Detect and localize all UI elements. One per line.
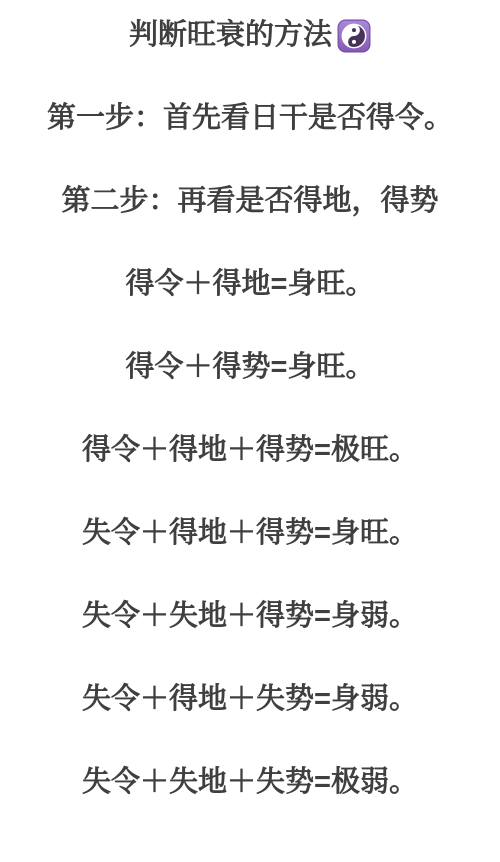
- document-page: 判断旺衰的方法 第一步：首先: [0, 0, 500, 862]
- rule-line-6: 失令＋得地＋失势=身弱。: [82, 681, 418, 717]
- step-line-1: 第一步：首先看日干是否得令。: [47, 100, 453, 136]
- rule-line-1: 得令＋得地=身旺。: [126, 266, 375, 302]
- rule-line-5: 失令＋失地＋得势=身弱。: [82, 598, 418, 634]
- rule-line-4: 失令＋得地＋得势=身旺。: [82, 515, 418, 551]
- page-title: 判断旺衰的方法: [129, 17, 332, 53]
- document-content: 判断旺衰的方法 第一步：首先: [0, 0, 500, 847]
- page-title-row: 判断旺衰的方法: [129, 17, 371, 53]
- rule-line-7: 失令＋失地＋失势=极弱。: [82, 764, 418, 800]
- step-line-2: 第二步：再看是否得地，得势: [61, 183, 438, 219]
- rule-line-3: 得令＋得地＋得势=极旺。: [82, 432, 418, 468]
- yin-yang-icon: [337, 19, 371, 53]
- rule-line-2: 得令＋得势=身旺。: [126, 349, 375, 385]
